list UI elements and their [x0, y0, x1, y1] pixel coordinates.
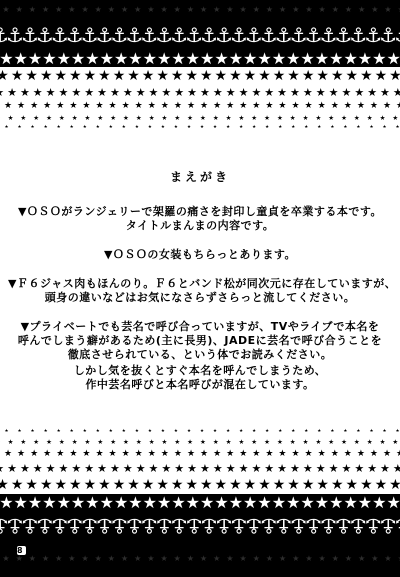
paragraph-line: 徹底させられている、という体でお読みください。: [8, 348, 392, 362]
footer-black-band: 8 ★★★★★★★★★★★★★★★★★★★★★★★★★★★★★★★★★★: [0, 541, 400, 577]
star-icon-row-lg: ★★★★★★★★★★★★★★★★★★★★★★★★★★★★★★★★★★: [0, 85, 400, 100]
star-icon-row: ★★★★★★★★★★★★★★★★★★★★★★★★★★★★★★★★★★: [0, 450, 400, 459]
star-icon-row: ★★★★★★★★★★★★★★★★★★★★★★★★★★★★★★★★★★: [0, 51, 400, 67]
anchor-icon-row: ⚓⚓⚓⚓⚓⚓⚓⚓⚓⚓⚓⚓⚓⚓⚓⚓⚓⚓⚓⚓⚓⚓⚓⚓⚓⚓⚓⚓⚓⚓: [0, 20, 400, 50]
paragraph-line: ▼プライベートでも芸名で呼び合っていますが、TVやライブで本名を: [8, 320, 392, 334]
paragraph-line: ▼ＯＳＯの女装もちらっとあります。: [8, 248, 392, 262]
star-icon-row-sm: ★★★★★★★★★★★★★★★★★★★★★★★★★★★★★★★★★★: [0, 113, 400, 124]
paragraph: ▼Ｆ６ジャス肉もほんのり。Ｆ６とバンド松が同次元に存在していますが、 頭身の違い…: [8, 277, 392, 305]
top-border: ★★★★★★★★★★★★★★★★★★★★★★★★★★★★★★★★★★ ⚓⚓⚓⚓⚓…: [0, 0, 400, 133]
star-icon-row: ★★★★★★★★★★★★★★★★★★★★★★★★★★★★★★★★★★: [0, 478, 400, 492]
page-title: まえがき: [0, 168, 400, 185]
anchor-icon-row: ⚓⚓⚓⚓⚓⚓⚓⚓⚓⚓⚓⚓⚓⚓⚓⚓⚓⚓⚓⚓⚓⚓⚓⚓⚓⚓⚓⚓⚓⚓: [0, 516, 400, 536]
star-icon-row: ★★★★★★★★★★★★★★★★★★★★★★★★★★★★★★★★★★: [0, 439, 400, 446]
paragraph-line: 呼んでしまう癖があるため(主に長男)、JADEに芸名で呼び合うことを: [8, 334, 392, 348]
star-icon-row: ★★★★★★★★★★★★★★★★★★★★★★★★★★★★★★★★★★: [0, 69, 400, 83]
paragraph: しかし気を抜くとすぐ本名を呼んでしまうため、 作中芸名呼びと本名呼びが混在してい…: [8, 364, 392, 392]
star-icon-row: ★★★★★★★★★★★★★★★★★★★★★★★★★★★★★★★★★★: [0, 87, 400, 98]
star-icon-row: ★★★★★★★★★★★★★★★★★★★★★★★★★★★★★★★★★★: [0, 126, 400, 131]
paragraph: ▼ＯＳＯの女装もちらっとあります。: [8, 248, 392, 262]
star-icon-row: ★★★★★★★★★★★★★★★★★★★★★★★★★★★★★★★★★★: [0, 555, 400, 563]
paragraph-line: タイトルまんまの内容です。: [8, 219, 392, 233]
star-icon-row: ★★★★★★★★★★★★★★★★★★★★★★★★★★★★★★★★★★: [0, 463, 400, 474]
star-icon-row-xl: ★★★★★★★★★★★★★★★★★★★★★★★★★★★★★★★★★★: [0, 476, 400, 494]
white-star-icon-row: ★★★★★★★★★★★★★★★★★★★★★★★★★★★★★★★★★★: [0, 50, 400, 67]
bottom-border: ★★★★★★★★★★★★★★★★★★★★★★★★★★★★★★★★★★ ★★★★★…: [0, 428, 400, 577]
paragraph-line: しかし気を抜くとすぐ本名を呼んでしまうため、: [8, 364, 392, 378]
star-icon-row-xs: ★★★★★★★★★★★★★★★★★★★★★★★★★★★★★★★★★★: [0, 428, 400, 437]
star-icon-row: ★★★★★★★★★★★★★★★★★★★★★★★★★★★★★★★★★★: [0, 102, 400, 111]
paragraph-line: 頭身の違いなどはお気になさらずさらっと流してください。: [8, 291, 392, 305]
star-icon-row: ★★★★★★★★★★★★★★★★★★★★★★★★★★★★★★★★★★: [0, 495, 400, 511]
paragraph: ▼プライベートでも芸名で呼び合っていますが、TVやライブで本名を 呼んでしまう癖…: [8, 320, 392, 362]
anchor-icon-row-flipped: ⚓⚓⚓⚓⚓⚓⚓⚓⚓⚓⚓⚓⚓⚓⚓⚓⚓⚓⚓⚓⚓⚓⚓⚓⚓⚓⚓⚓⚓⚓: [0, 511, 400, 541]
star-icon-row-md: ★★★★★★★★★★★★★★★★★★★★★★★★★★★★★★★★★★: [0, 100, 400, 113]
star-icon-row: ★★★★★★★★★★★★★★★★★★★★★★★★★★★★★★★★★★: [0, 115, 400, 122]
star-icon-row-sm: ★★★★★★★★★★★★★★★★★★★★★★★★★★★★★★★★★★: [0, 437, 400, 448]
star-icon-row: ★★★★★★★★★★★★★★★★★★★★★★★★★★★★★★★★★★: [0, 430, 400, 435]
page-number-marker: 8: [17, 546, 26, 555]
star-icon-row-xs: ★★★★★★★★★★★★★★★★★★★★★★★★★★★★★★★★★★: [0, 124, 400, 133]
anchor-icon-row: ⚓⚓⚓⚓⚓⚓⚓⚓⚓⚓⚓⚓⚓⚓⚓⚓⚓⚓⚓⚓⚓⚓⚓⚓⚓⚓⚓⚓⚓⚓: [0, 25, 400, 45]
paragraph-line: ▼Ｆ６ジャス肉もほんのり。Ｆ６とバンド松が同次元に存在していますが、: [8, 277, 392, 291]
foreword-content: まえがき ▼ＯＳＯがランジェリーで架羅の痛さを封印し童貞を卒業する本です。 タイ…: [0, 168, 400, 407]
paragraph-line: ▼ＯＳＯがランジェリーで架羅の痛さを封印し童貞を卒業する本です。: [8, 205, 392, 219]
star-icon-row-lg: ★★★★★★★★★★★★★★★★★★★★★★★★★★★★★★★★★★: [0, 461, 400, 476]
star-icon-row: ★★★★★★★★★★★★★★★★★★★★★★★★★★★★★★★★★★: [0, 6, 400, 14]
faint-star-icon-row: ★★★★★★★★★★★★★★★★★★★★★★★★★★★★★★★★★★: [0, 0, 400, 20]
star-icon-row-md: ★★★★★★★★★★★★★★★★★★★★★★★★★★★★★★★★★★: [0, 448, 400, 461]
white-star-icon-row: ★★★★★★★★★★★★★★★★★★★★★★★★★★★★★★★★★★: [0, 494, 400, 511]
paragraph: ▼ＯＳＯがランジェリーで架羅の痛さを封印し童貞を卒業する本です。 タイトルまんま…: [8, 205, 392, 233]
paragraph-line: 作中芸名呼びと本名呼びが混在しています。: [8, 378, 392, 392]
star-icon-row-xl: ★★★★★★★★★★★★★★★★★★★★★★★★★★★★★★★★★★: [0, 67, 400, 85]
doujinshi-foreword-page: ★★★★★★★★★★★★★★★★★★★★★★★★★★★★★★★★★★ ⚓⚓⚓⚓⚓…: [0, 0, 400, 577]
